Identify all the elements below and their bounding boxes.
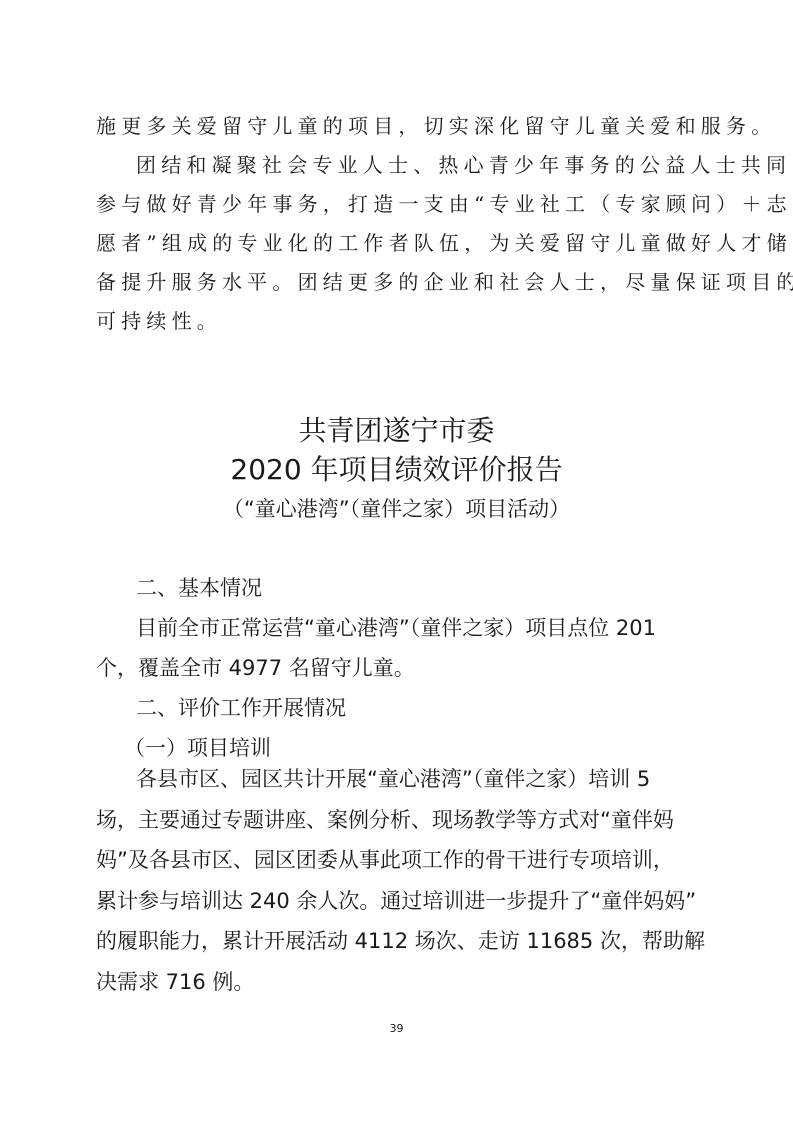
text-line: 决需求 716 例。 xyxy=(96,962,701,1003)
section-eval-body: 各县市区、园区共计开展“童心港湾”（童伴之家）培训 5 场，主要通过专题讲座、案… xyxy=(96,759,701,1002)
text-line: 目前全市正常运营“童心港湾”（童伴之家）项目点位 201 xyxy=(96,608,701,648)
report-title-main: 2020 年项目绩效评价报告 xyxy=(0,450,793,490)
text-line: 备提升服务水平。团结更多的企业和社会人士，尽量保证项目的 xyxy=(96,263,701,302)
section-basic: 二、基本情况 目前全市正常运营“童心港湾”（童伴之家）项目点位 201 个，覆盖… xyxy=(96,568,701,768)
page-number: 39 xyxy=(0,1022,793,1035)
text-line: 施更多关爱留守儿童的项目，切实深化留守儿童关爱和服务。 xyxy=(96,107,701,146)
text-line: 参与做好青少年事务，打造一支由“专业社工（专家顾问）＋志 xyxy=(96,185,701,224)
text-line: 累计参与培训达 240 余人次。通过培训进一步提升了“童伴妈妈” xyxy=(96,881,701,922)
text-line: 妈”及各县市区、园区团委从事此项工作的骨干进行专项培训， xyxy=(96,840,701,881)
text-line: 团结和凝聚社会专业人士、热心青少年事务的公益人士共同 xyxy=(96,146,701,185)
text-line: 愿者”组成的专业化的工作者队伍，为关爱留守儿童做好人才储 xyxy=(96,224,701,263)
text-line: 各县市区、园区共计开展“童心港湾”（童伴之家）培训 5 xyxy=(96,759,701,800)
continuation-paragraphs: 施更多关爱留守儿童的项目，切实深化留守儿童关爱和服务。 团结和凝聚社会专业人士、… xyxy=(96,107,701,341)
text-line: 个，覆盖全市 4977 名留守儿童。 xyxy=(96,648,701,688)
text-line: 可持续性。 xyxy=(96,302,701,341)
report-title-org: 共青团遂宁市委 xyxy=(0,412,793,450)
text-line: 的履职能力，累计开展活动 4112 场次、走访 11685 次，帮助解 xyxy=(96,921,701,962)
report-title-subtitle: （“童心港湾”（童伴之家）项目活动） xyxy=(0,492,793,526)
section-heading: 二、基本情况 xyxy=(96,568,701,608)
text-line: 场，主要通过专题讲座、案例分析、现场教学等方式对“童伴妈 xyxy=(96,800,701,841)
section-heading: 二、评价工作开展情况 xyxy=(96,688,701,728)
